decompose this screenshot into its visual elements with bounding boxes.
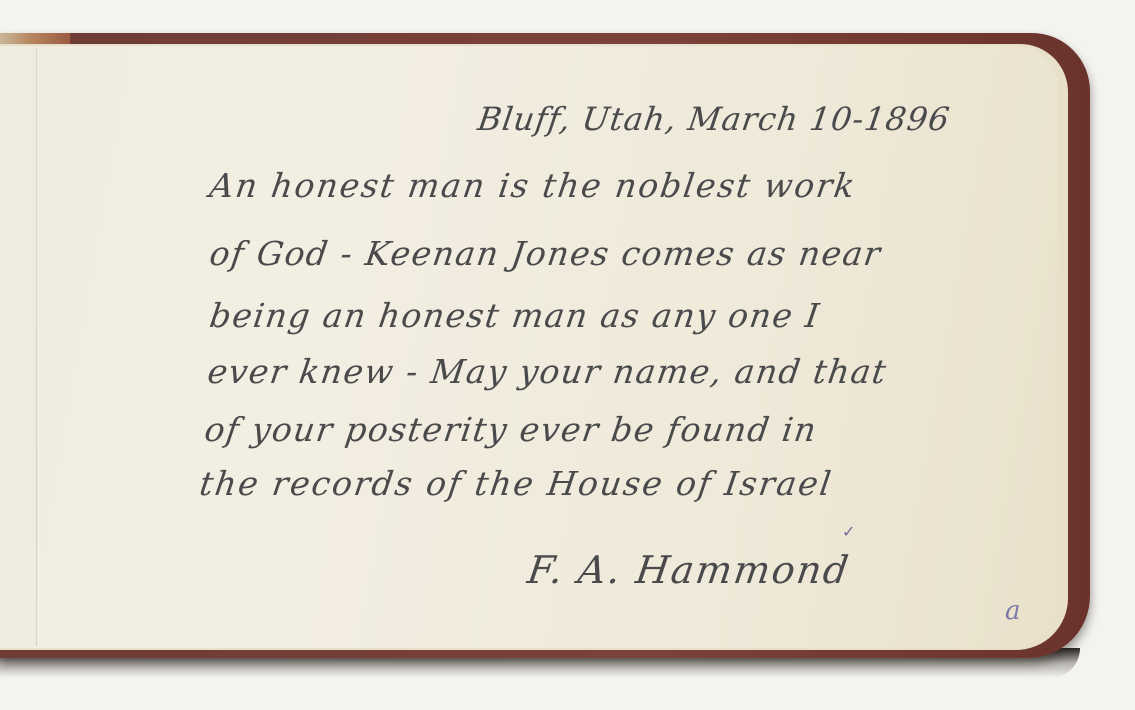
place-date-heading: Bluff, Utah, March 10-1896 [475, 100, 952, 138]
check-mark-icon: ✓ [842, 522, 855, 541]
body-line-2: of God - Keenan Jones comes as near [207, 234, 884, 273]
body-line-4: ever knew - May your name, and that [205, 352, 889, 391]
corner-pencil-mark: a [1005, 596, 1021, 626]
body-line-1: An honest man is the noblest work [207, 166, 859, 205]
body-line-5: of your posterity ever be found in [202, 410, 820, 449]
body-line-6: the records of the House of Israel [197, 464, 835, 503]
signature: F. A. Hammond [525, 548, 853, 592]
body-line-3: being an honest man as any one I [207, 296, 823, 335]
facing-page-sliver [0, 48, 36, 646]
page-gutter [36, 48, 39, 646]
